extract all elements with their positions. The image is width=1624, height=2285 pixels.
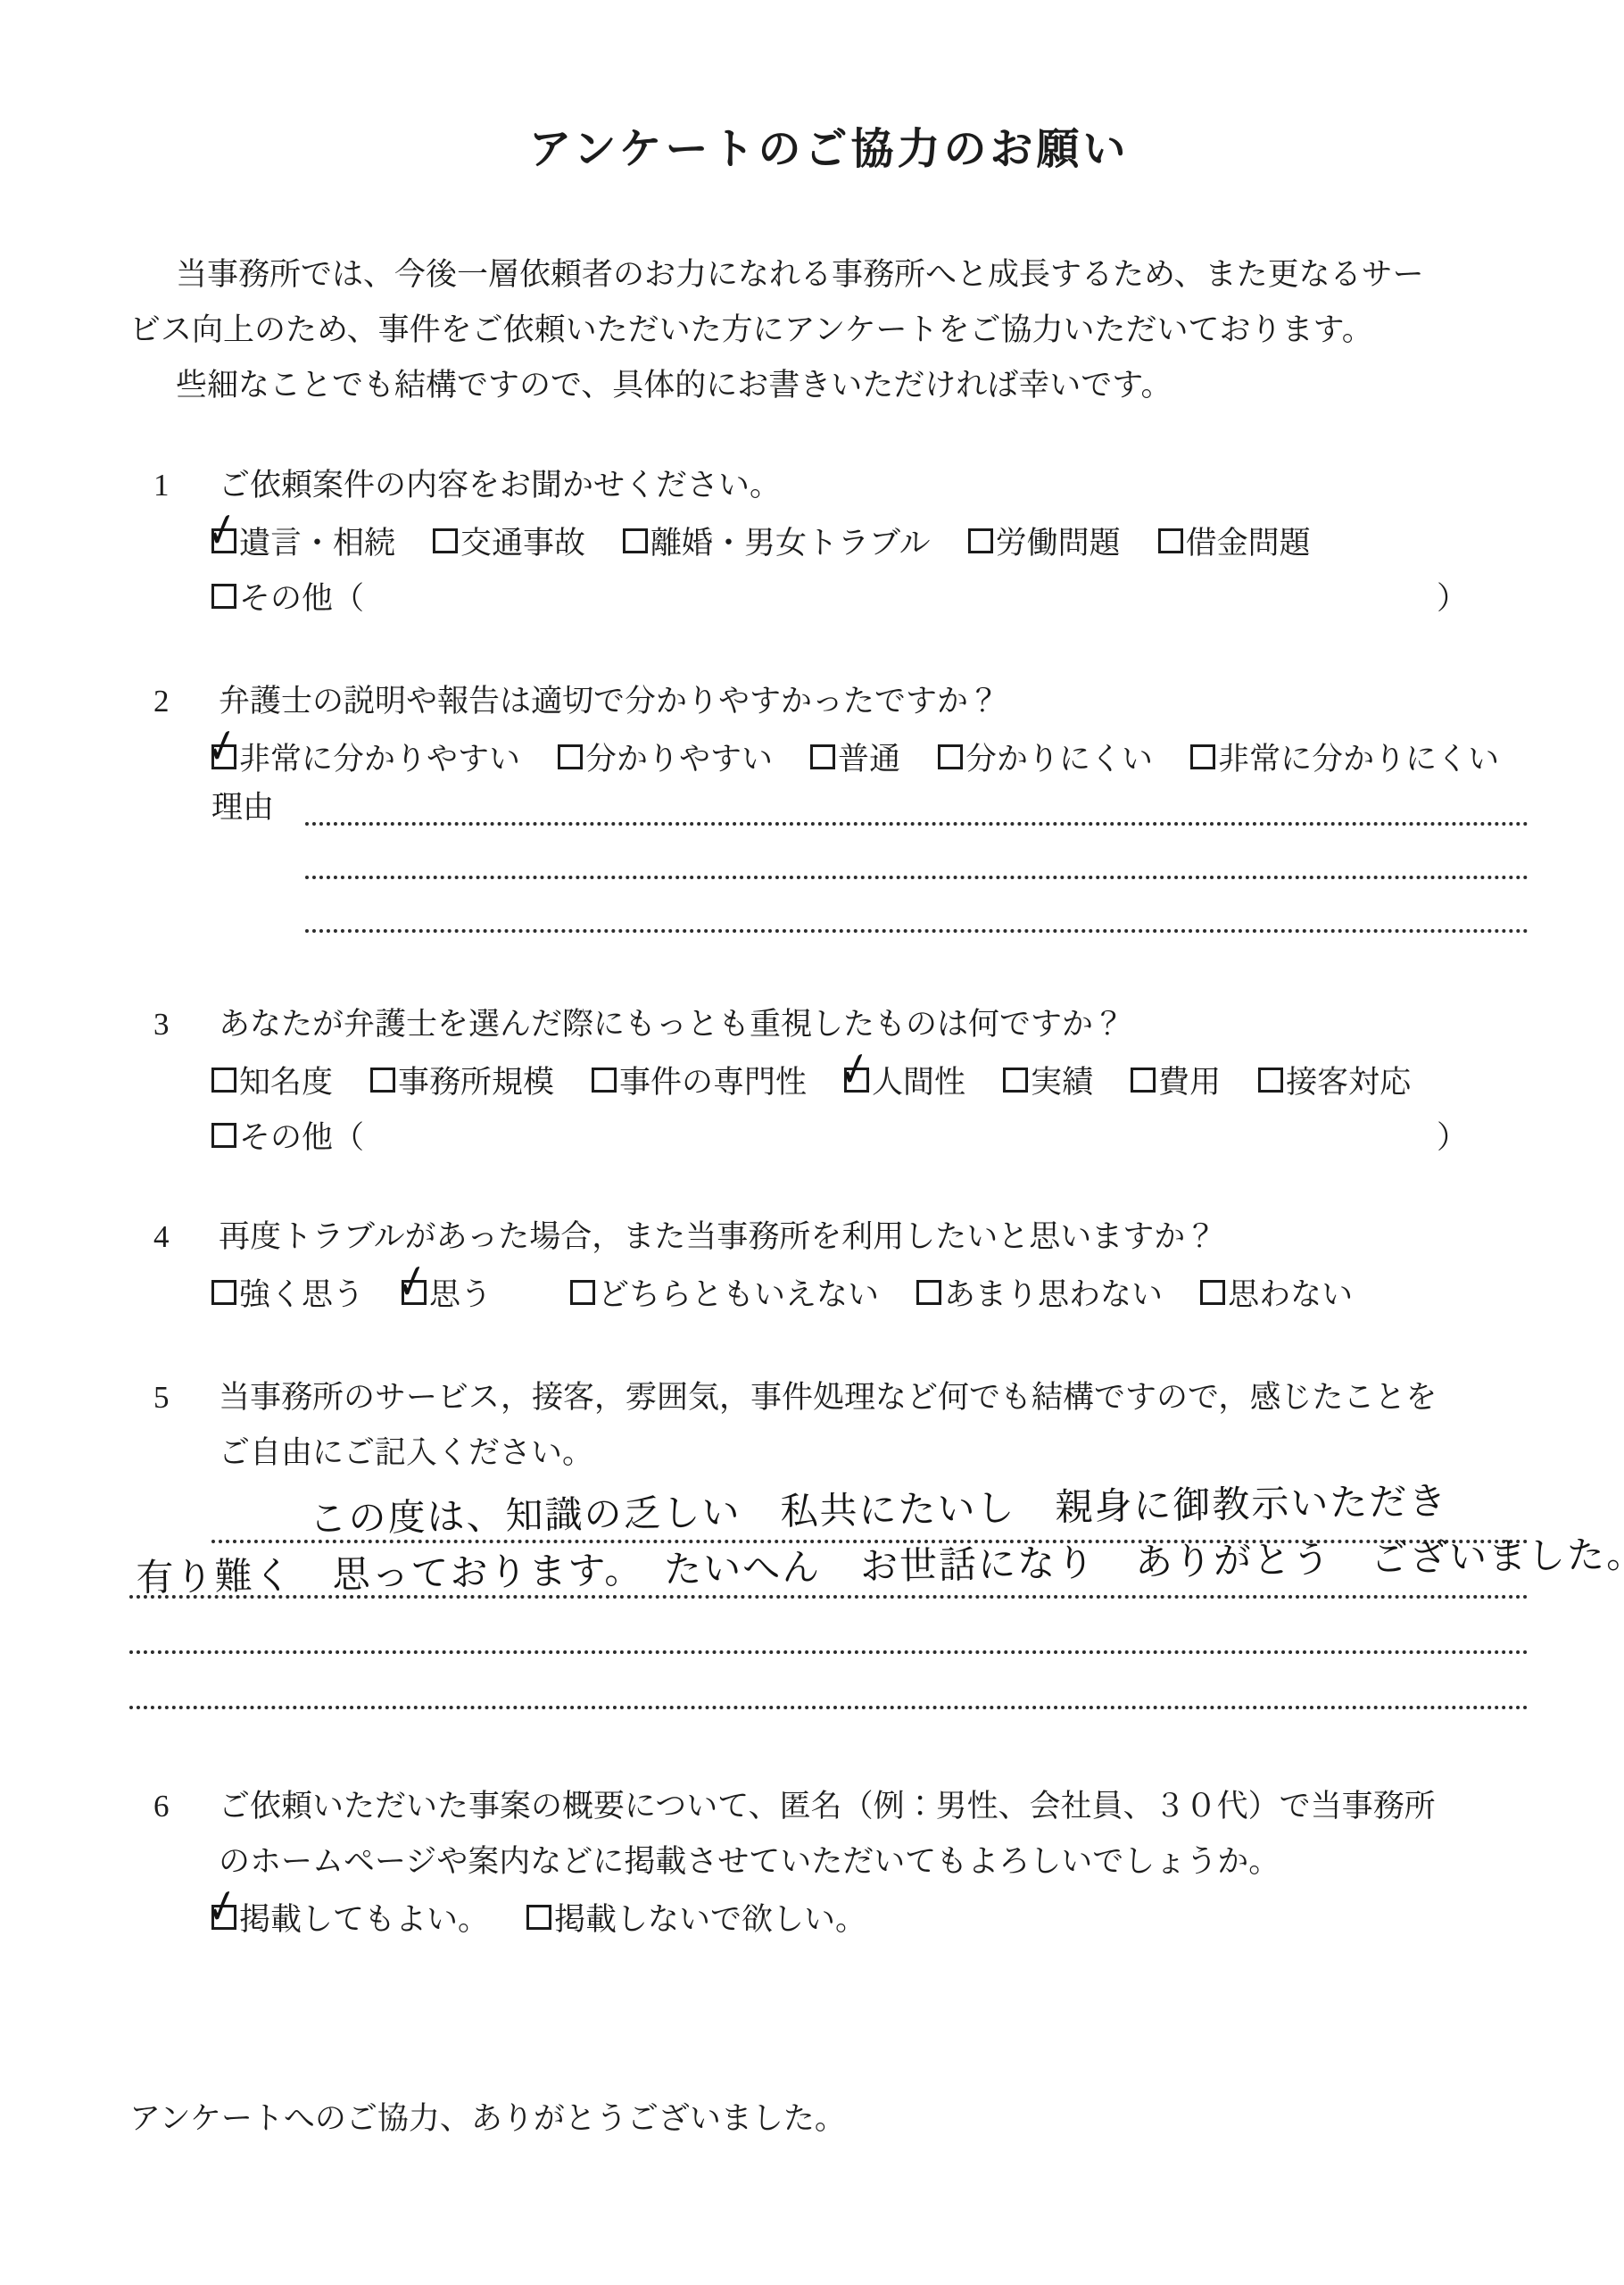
comment-line[interactable]: [129, 1599, 1529, 1654]
option-will-inheritance[interactable]: 遺言・相続: [211, 519, 395, 563]
question-number: 5: [129, 1370, 219, 1481]
option-track-record[interactable]: 実績: [1003, 1058, 1093, 1102]
reason-write-area: [305, 788, 1529, 933]
option-label: 接客対応: [1286, 1058, 1411, 1102]
checkbox[interactable]: [402, 1280, 427, 1305]
option-case-specialty[interactable]: 事件の専門性: [592, 1058, 807, 1102]
option-not-really[interactable]: あまり思わない: [916, 1270, 1163, 1315]
question-6: 6 ご依頼いただいた事案の概要について、匿名（例：男性、会社員、３０代）で当事務…: [129, 1779, 1529, 1945]
closing-paren: ）: [1437, 574, 1468, 619]
option-easy-to-understand[interactable]: 分かりやすい: [558, 735, 773, 779]
option-label: 非常に分かりにくい: [1218, 735, 1499, 779]
checkbox[interactable]: [844, 1068, 869, 1093]
checkbox[interactable]: [916, 1280, 941, 1305]
option-label: 遺言・相続: [239, 519, 395, 563]
checkbox[interactable]: [592, 1068, 617, 1093]
option-label: 交通事故: [460, 519, 585, 563]
option-strongly-think-so[interactable]: 強く思う: [211, 1270, 364, 1315]
option-neither[interactable]: どちらともいえない: [570, 1270, 879, 1315]
page-title: アンケートのご協力のお願い: [129, 114, 1529, 176]
option-dont-think-so[interactable]: 思わない: [1200, 1270, 1353, 1315]
option-label: 分かりにくい: [965, 735, 1153, 779]
reason-line-2[interactable]: [305, 826, 1529, 879]
option-label: 実績: [1031, 1058, 1093, 1102]
question-1: 1 ご依頼案件の内容をお聞かせください。 遺言・相続 交通事故 離婚・男女トラブ…: [129, 458, 1529, 624]
checkbox[interactable]: [968, 528, 993, 553]
reason-label: 理由: [211, 788, 305, 933]
option-customer-service[interactable]: 接客対応: [1258, 1058, 1411, 1102]
survey-form-page: アンケートのご協力のお願い 当事務所では、今後一層依頼者のお力になれる事務所へと…: [0, 0, 1624, 2285]
checkbox[interactable]: [558, 744, 583, 769]
option-very-hard-to-understand[interactable]: 非常に分かりにくい: [1190, 735, 1499, 779]
option-label: その他（: [239, 1113, 364, 1158]
option-think-so[interactable]: 思う: [402, 1270, 492, 1315]
option-traffic-accident[interactable]: 交通事故: [433, 519, 585, 563]
reason-line-3[interactable]: [305, 879, 1529, 933]
checkbox[interactable]: [433, 528, 458, 553]
question-number: 3: [129, 997, 219, 1052]
checkbox[interactable]: [1258, 1068, 1283, 1093]
option-label: 掲載してもよい。: [239, 1895, 489, 1940]
option-very-easy-to-understand[interactable]: 非常に分かりやすい: [211, 735, 520, 779]
option-label: 掲載しないで欲しい。: [554, 1895, 866, 1940]
question-text-line: のホームページや案内などに掲載させていただいてもよろしいでしょうか。: [219, 1834, 1529, 1890]
option-label: 人間性: [872, 1058, 965, 1102]
checkbox[interactable]: [1200, 1280, 1225, 1305]
checkbox[interactable]: [1003, 1068, 1028, 1093]
checkbox[interactable]: [211, 584, 236, 609]
option-fee[interactable]: 費用: [1131, 1058, 1221, 1102]
option-label: 普通: [838, 735, 900, 779]
free-comment-area: この度は、知識の乏しい 私共にたいし 親身に御教示いただき 有り難く 思っており…: [129, 1488, 1529, 1709]
option-debt-issue[interactable]: 借金問題: [1158, 519, 1311, 563]
option-label: 強く思う: [239, 1270, 364, 1315]
option-label: どちらともいえない: [598, 1270, 879, 1315]
checkbox[interactable]: [526, 1905, 551, 1930]
checkbox[interactable]: [211, 1905, 236, 1930]
option-label: 思わない: [1228, 1270, 1353, 1315]
closing-message: アンケートへのご協力、ありがとうございました。: [129, 2091, 1529, 2147]
checkbox[interactable]: [211, 528, 236, 553]
checkbox[interactable]: [570, 1280, 595, 1305]
option-label: その他（: [239, 574, 364, 619]
question-text-line: ご依頼いただいた事案の概要について、匿名（例：男性、会社員、３０代）で当事務所: [219, 1779, 1529, 1834]
option-label: 離婚・男女トラブル: [650, 519, 931, 563]
option-normal[interactable]: 普通: [810, 735, 900, 779]
checkbox[interactable]: [211, 744, 236, 769]
question-6-options: 掲載してもよい。 掲載しないで欲しい。: [211, 1890, 1529, 1945]
checkbox[interactable]: [211, 1280, 236, 1305]
option-other[interactable]: その他（ ）: [211, 569, 1529, 624]
option-label: 分かりやすい: [585, 735, 773, 779]
question-number: 6: [129, 1779, 219, 1890]
intro-line: 些細なことでも結構ですので、具体的にお書きいただければ幸いです。: [129, 358, 1529, 413]
reason-line-1[interactable]: [305, 788, 1529, 826]
option-label: 思う: [429, 1270, 492, 1315]
option-hard-to-understand[interactable]: 分かりにくい: [938, 735, 1153, 779]
option-divorce-gender-trouble[interactable]: 離婚・男女トラブル: [623, 519, 931, 563]
option-label: 事務所規模: [398, 1058, 554, 1102]
checkbox[interactable]: [810, 744, 835, 769]
question-text: ご依頼案件の内容をお聞かせください。: [219, 458, 1529, 513]
checkbox[interactable]: [1158, 528, 1183, 553]
question-text: 弁護士の説明や報告は適切で分かりやすかったですか？: [219, 674, 1529, 729]
checkbox[interactable]: [211, 1068, 236, 1093]
question-3-options: 知名度 事務所規模 事件の専門性 人間性 実績 費用: [211, 1052, 1529, 1108]
option-other[interactable]: その他（ ）: [211, 1108, 1529, 1163]
checkbox[interactable]: [938, 744, 963, 769]
question-number: 4: [129, 1209, 219, 1265]
comment-line[interactable]: [129, 1654, 1529, 1709]
option-label: 非常に分かりやすい: [239, 735, 520, 779]
intro-line: 当事務所では、今後一層依頼者のお力になれる事務所へと成長するため、また更なるサー: [129, 247, 1529, 303]
option-label: 労働問題: [996, 519, 1121, 563]
question-2: 2 弁護士の説明や報告は適切で分かりやすかったですか？ 非常に分かりやすい 分か…: [129, 674, 1529, 933]
checkbox[interactable]: [623, 528, 648, 553]
checkbox[interactable]: [1190, 744, 1215, 769]
option-do-not-publish[interactable]: 掲載しないで欲しい。: [526, 1895, 866, 1940]
checkbox[interactable]: [211, 1123, 236, 1148]
option-label: 事件の専門性: [619, 1058, 807, 1102]
option-name-recognition[interactable]: 知名度: [211, 1058, 333, 1102]
question-2-options: 非常に分かりやすい 分かりやすい 普通 分かりにくい 非常に分かりにくい: [211, 729, 1529, 785]
question-1-options: 遺言・相続 交通事故 離婚・男女トラブル 労働問題 借金問題: [211, 513, 1529, 569]
question-3: 3 あなたが弁護士を選んだ際にもっとも重視したものは何ですか？ 知名度 事務所規…: [129, 997, 1529, 1163]
option-label: あまり思わない: [944, 1270, 1163, 1315]
option-labor-issue[interactable]: 労働問題: [968, 519, 1121, 563]
option-personality[interactable]: 人間性: [844, 1058, 965, 1102]
intro-paragraph: 当事務所では、今後一層依頼者のお力になれる事務所へと成長するため、また更なるサー…: [129, 247, 1529, 413]
question-text: あなたが弁護士を選んだ際にもっとも重視したものは何ですか？: [219, 997, 1529, 1052]
option-label: 借金問題: [1186, 519, 1311, 563]
question-text-line: 当事務所のサービス，接客，雰囲気，事件処理など何でも結構ですので，感じたことを: [219, 1370, 1529, 1425]
option-ok-to-publish[interactable]: 掲載してもよい。: [211, 1895, 489, 1940]
checkbox[interactable]: [1131, 1068, 1156, 1093]
question-4-options: 強く思う 思う どちらともいえない あまり思わない 思わない: [211, 1265, 1529, 1320]
question-4: 4 再度トラブルがあった場合，また当事務所を利用したいと思いますか？ 強く思う …: [129, 1209, 1529, 1320]
intro-line: ビス向上のため、事件をご依頼いただいた方にアンケートをご協力いただいております。: [129, 303, 1529, 358]
option-firm-size[interactable]: 事務所規模: [370, 1058, 554, 1102]
option-label: 知名度: [239, 1058, 333, 1102]
reason-section: 理由: [211, 788, 1529, 933]
closing-paren: ）: [1437, 1113, 1468, 1158]
checkbox[interactable]: [370, 1068, 395, 1093]
option-label: 費用: [1158, 1058, 1221, 1102]
question-text-line: ご自由にご記入ください。: [219, 1425, 1529, 1481]
question-5: 5 当事務所のサービス，接客，雰囲気，事件処理など何でも結構ですので，感じたこと…: [129, 1370, 1529, 1709]
comment-line[interactable]: 有り難く 思っております。 たいへん お世話になり ありがとう ございました。: [129, 1543, 1529, 1599]
